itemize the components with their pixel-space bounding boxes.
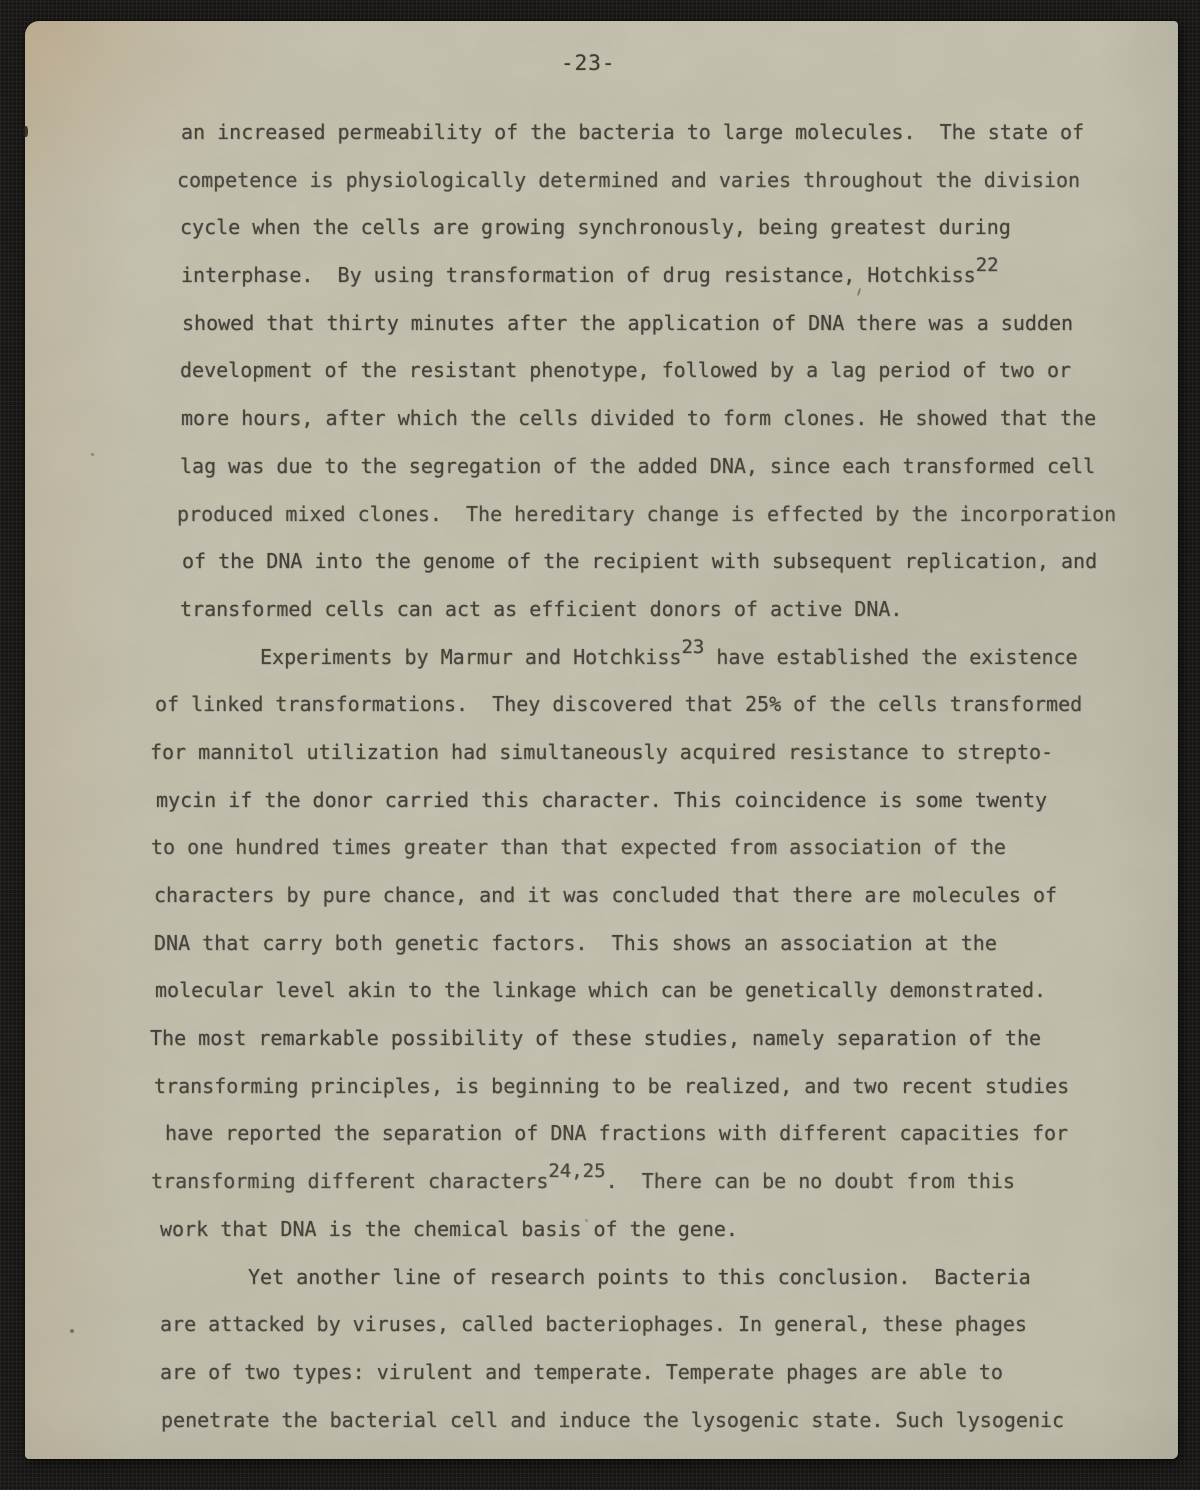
paper-speck [91, 453, 94, 456]
text-line: transformed cells can act as efficient d… [180, 586, 1178, 634]
text-line: cycle when the cells are growing synchro… [180, 204, 1178, 252]
text-line: transforming principles, is beginning to… [154, 1063, 1178, 1111]
paper-edge-nick [23, 126, 28, 137]
text-line: DNA that carry both genetic factors. Thi… [154, 920, 1178, 968]
text-line: mycin if the donor carried this characte… [156, 777, 1180, 825]
text-line: The most remarkable possibility of these… [150, 1015, 1180, 1063]
text-segment: Experiments by Marmur and Hotchkiss [260, 645, 681, 669]
scanner-background: -23- an increased permeability of the ba… [0, 0, 1200, 1490]
text-line: lag was due to the segregation of the ad… [180, 443, 1178, 491]
paper-speck [70, 1329, 74, 1333]
text-segment: transforming different characters [151, 1169, 548, 1193]
text-line: characters by pure chance, and it was co… [154, 872, 1178, 920]
footnote-ref-23: 23 [681, 636, 704, 658]
text-segment: have established the existence [704, 645, 1077, 669]
text-segment: . There can be no doubt from this [606, 1169, 1015, 1193]
text-line: Yet another line of research points to t… [248, 1254, 1180, 1302]
document-page: -23- an increased permeability of the ba… [25, 21, 1178, 1459]
text-line: transforming different characters24,25. … [151, 1158, 1175, 1206]
page-number: -23- [561, 51, 616, 75]
footnote-ref-22: 22 [976, 254, 999, 276]
text-line: showed that thirty minutes after the app… [182, 300, 1180, 348]
typed-text-block: an increased permeability of the bacteri… [25, 109, 1178, 1444]
text-line: produced mixed clones. The hereditary ch… [177, 491, 1175, 539]
text-line: development of the resistant phenotype, … [180, 347, 1178, 395]
text-line: interphase. By using transformation of d… [181, 252, 1179, 300]
text-line: are attacked by viruses, called bacterio… [160, 1301, 1178, 1349]
text-line: have reported the separation of DNA frac… [165, 1110, 1179, 1158]
text-line: of linked transformations. They discover… [155, 681, 1179, 729]
text-line: of the DNA into the genome of the recipi… [182, 538, 1180, 586]
text-line: Experiments by Marmur and Hotchkiss23 ha… [260, 634, 1178, 682]
text-line: competence is physiologically determined… [177, 157, 1175, 205]
text-line: are of two types: virulent and temperate… [160, 1349, 1178, 1397]
paper-speck [585, 1219, 588, 1222]
text-line: more hours, after which the cells divide… [181, 395, 1179, 443]
text-line: molecular level akin to the linkage whic… [155, 967, 1179, 1015]
text-line: an increased permeability of the bacteri… [181, 109, 1179, 157]
text-line: work that DNA is the chemical basis of t… [160, 1206, 1178, 1254]
text-segment: interphase. By using transformation of d… [181, 263, 976, 287]
text-line: penetrate the bacterial cell and induce … [161, 1397, 1179, 1445]
footnote-ref-24-25: 24,25 [548, 1160, 605, 1182]
text-line: for mannitol utilization had simultaneou… [150, 729, 1178, 777]
text-line: to one hundred times greater than that e… [151, 824, 1175, 872]
